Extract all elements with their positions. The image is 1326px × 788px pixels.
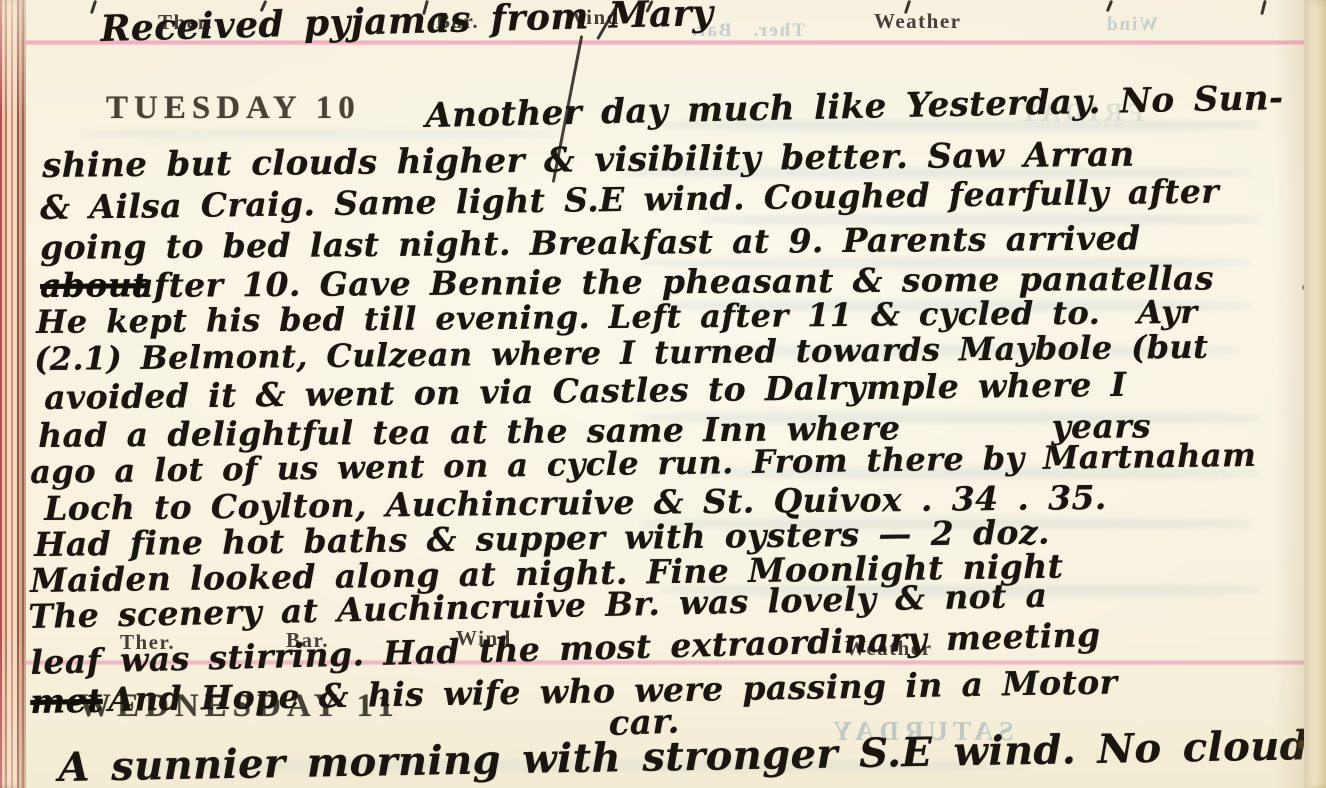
diary-page: Ther. Bar. Wind FRIDAY SATURDAY Ther. Ba…	[0, 0, 1326, 788]
clipped-pen-stroke	[1106, 0, 1113, 12]
page-gutter-shadow	[1274, 0, 1304, 788]
tuesday-heading: TUESDAY 10	[106, 90, 361, 127]
bleedthrough-text: Wind	[1105, 14, 1158, 36]
clipped-pen-stroke	[90, 0, 97, 14]
page-edge-left	[0, 0, 26, 788]
page-edge-right	[1304, 0, 1326, 788]
printed-label-weather-top: Weather	[874, 9, 961, 34]
struck-word: met	[30, 681, 103, 721]
struck-word: about	[40, 265, 148, 305]
handwriting-line: A sunnier morning with stronger S.E wind…	[58, 722, 1308, 788]
clipped-pen-stroke	[1260, 0, 1267, 15]
